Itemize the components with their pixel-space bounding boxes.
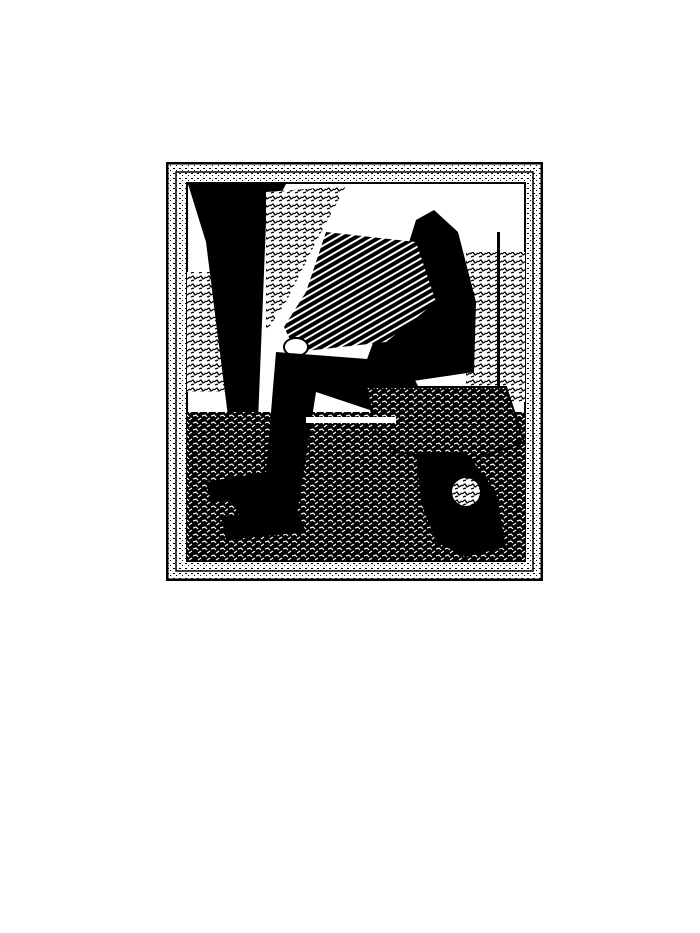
photograph-image (166, 162, 543, 581)
photo-scene (187, 183, 525, 561)
page (0, 0, 700, 933)
framed-photograph (166, 162, 543, 581)
